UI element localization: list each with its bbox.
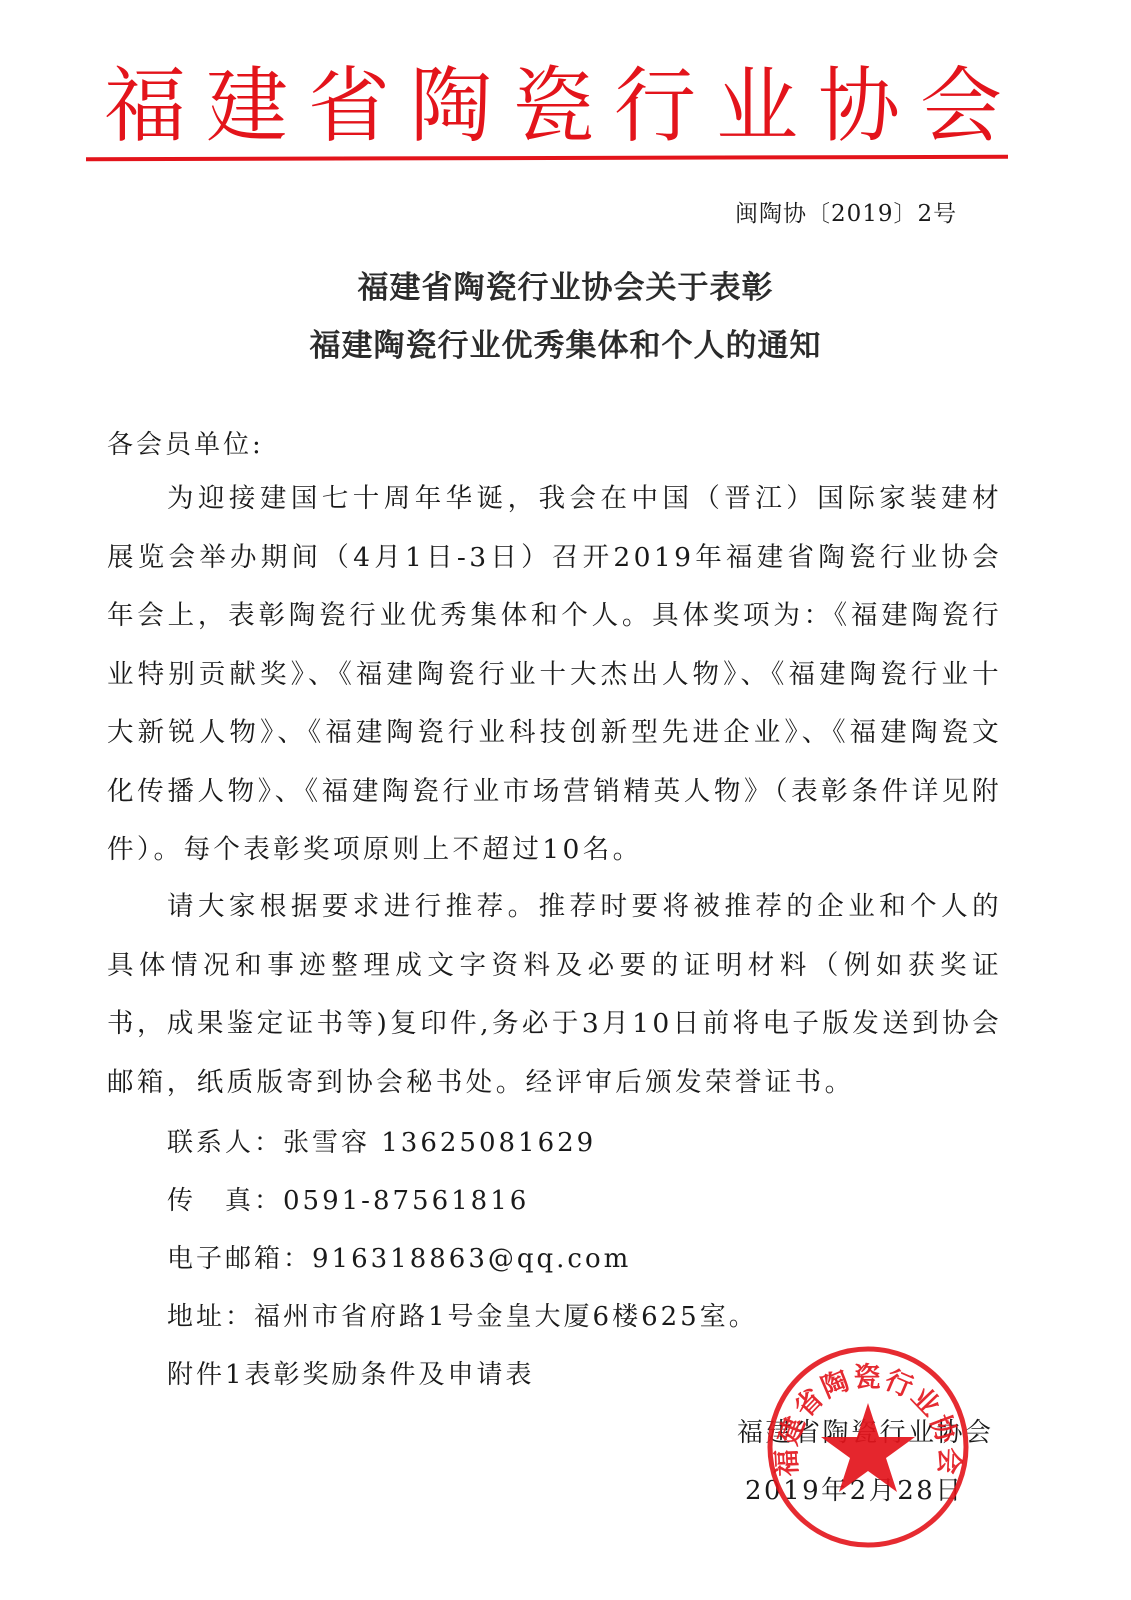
paragraph-awards: 为迎接建国七十周年华诞，我会在中国（晋江）国际家装建材展览会举办期间（4月1日-…	[107, 470, 1002, 880]
seal-star-icon: 福建省陶瓷行业协会	[766, 1345, 970, 1549]
paragraph-submission: 请大家根据要求进行推荐。推荐时要将被推荐的企业和个人的具体情况和事迹整理成文字资…	[107, 878, 1002, 1112]
letterhead-divider	[86, 155, 1008, 161]
letterhead-org-name: 福建省陶瓷行业协会	[104, 62, 1004, 152]
contact-address: 地址：福州市省府路1号金皇大厦6楼625室。	[167, 1296, 758, 1333]
contact-email: 电子邮箱：916318863@qq.com	[167, 1238, 631, 1275]
contact-fax: 传 真：0591-87561816	[167, 1180, 529, 1217]
document-number: 闽陶协〔2019〕2号	[735, 195, 957, 228]
salutation: 各会员单位:	[107, 424, 264, 461]
document-title-line-2: 福建陶瓷行业优秀集体和个人的通知	[0, 320, 1131, 365]
attachment-note: 附件1表彰奖励条件及申请表	[167, 1354, 535, 1391]
document-title-line-1: 福建省陶瓷行业协会关于表彰	[0, 262, 1131, 307]
contact-person: 联系人：张雪容 13625081629	[167, 1122, 596, 1159]
official-seal: 福建省陶瓷行业协会	[766, 1345, 970, 1549]
